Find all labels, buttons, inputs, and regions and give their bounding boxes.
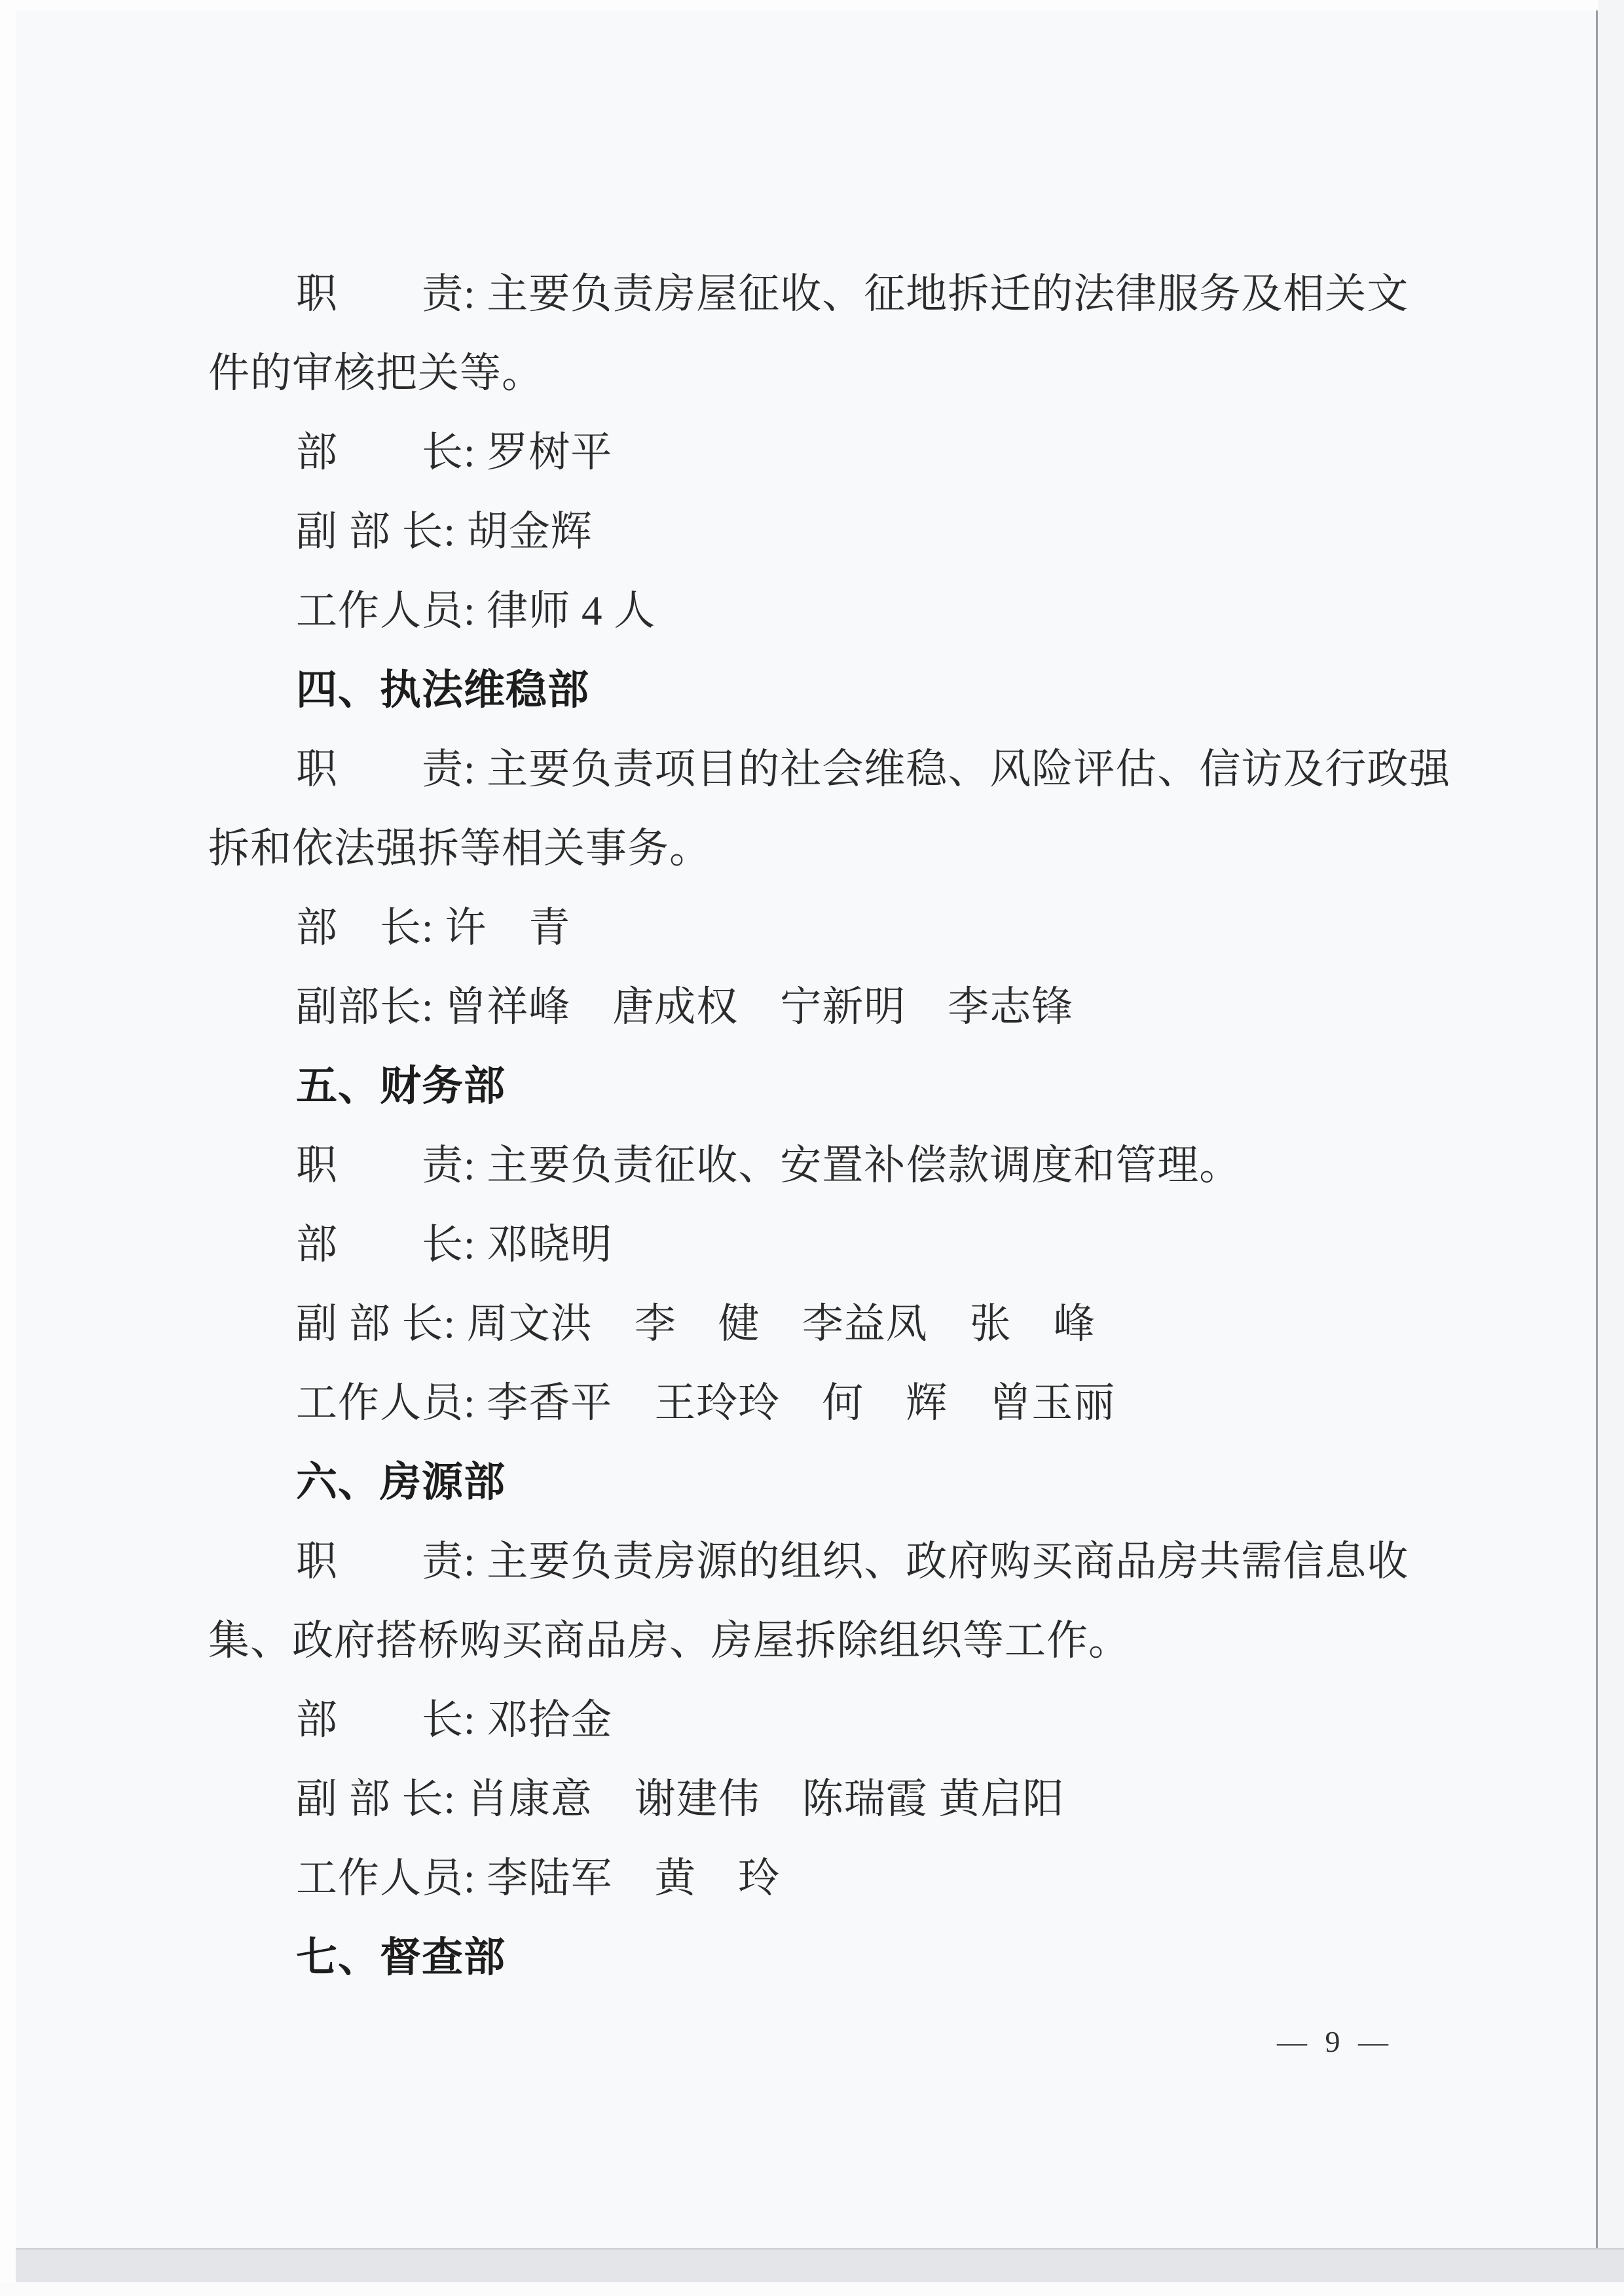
- page-number: — 9 —: [1277, 2024, 1393, 2059]
- text-line: 副 部 长: 周文洪 李 健 李益凤 张 峰: [208, 1285, 1452, 1364]
- paper-bottom-shadow: [16, 2248, 1624, 2282]
- paper-right-edge: [1596, 10, 1598, 2252]
- section-heading: 五、财务部: [208, 1047, 1452, 1126]
- text-line: 职 责: 主要负责房屋征收、征地拆迁的法律服务及相关文: [208, 255, 1452, 334]
- section-heading: 六、房源部: [208, 1443, 1452, 1522]
- text-line: 件的审核把关等。: [208, 334, 1452, 413]
- document-body: 职 责: 主要负责房屋征收、征地拆迁的法律服务及相关文 件的审核把关等。 部 长…: [208, 255, 1452, 1997]
- text-line: 部 长: 邓拾金: [208, 1681, 1452, 1760]
- text-line: 职 责: 主要负责征收、安置补偿款调度和管理。: [208, 1126, 1452, 1205]
- text-line: 部 长: 邓晓明: [208, 1205, 1452, 1285]
- text-line: 工作人员: 李香平 王玲玲 何 辉 曾玉丽: [208, 1364, 1452, 1443]
- text-line: 部 长: 许 青: [208, 888, 1452, 968]
- section-heading: 四、执法维稳部: [208, 651, 1452, 730]
- text-line: 集、政府搭桥购买商品房、房屋拆除组织等工作。: [208, 1601, 1452, 1681]
- scan-edge-right: [1598, 0, 1624, 2296]
- text-line: 部 长: 罗树平: [208, 413, 1452, 492]
- scan-edge-top: [0, 0, 1624, 10]
- text-line: 副 部 长: 胡金辉: [208, 492, 1452, 572]
- text-line: 工作人员: 律师 4 人: [208, 572, 1452, 651]
- text-line: 副 部 长: 肖康意 谢建伟 陈瑞霞 黄启阳: [208, 1760, 1452, 1839]
- text-line: 职 责: 主要负责项目的社会维稳、风险评估、信访及行政强: [208, 730, 1452, 809]
- text-line: 副部长: 曾祥峰 唐成权 宁新明 李志锋: [208, 968, 1452, 1047]
- text-line: 工作人员: 李陆军 黄 玲: [208, 1839, 1452, 1918]
- text-line: 职 责: 主要负责房源的组织、政府购买商品房共需信息收: [208, 1522, 1452, 1601]
- section-heading: 七、督查部: [208, 1918, 1452, 1997]
- scan-edge-left: [0, 0, 16, 2296]
- scan-edge-bottom: [0, 2282, 1624, 2296]
- text-line: 拆和依法强拆等相关事务。: [208, 809, 1452, 888]
- scanned-page: 职 责: 主要负责房屋征收、征地拆迁的法律服务及相关文 件的审核把关等。 部 长…: [0, 0, 1624, 2296]
